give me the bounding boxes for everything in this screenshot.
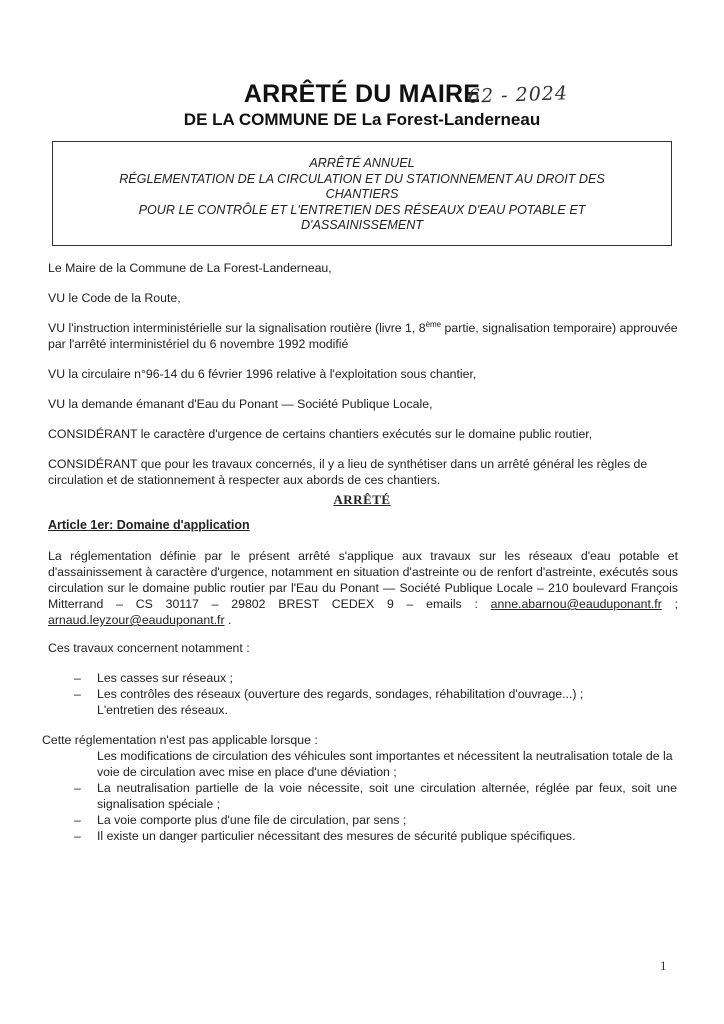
vu-instruction-part-a: VU l'instruction interministérielle sur …: [48, 321, 426, 335]
dash-bullet: –: [74, 812, 84, 828]
vu-code-route: VU le Code de la Route,: [48, 290, 678, 306]
dash-bullet: –: [74, 670, 84, 686]
vu-instruction: VU l'instruction interministérielle sur …: [48, 320, 678, 352]
not-applicable-text: Il existe un danger particulier nécessit…: [97, 828, 677, 844]
dash-bullet: –: [74, 780, 84, 796]
vu-circulaire: VU la circulaire n°96-14 du 6 février 19…: [48, 366, 678, 382]
works-intro: Ces travaux concernent notamment :: [48, 640, 678, 656]
works-item-text: Les casses sur réseaux ;: [97, 670, 677, 686]
email-link-anne[interactable]: anne.abarnou@eauduponant.fr: [491, 597, 662, 611]
document-title: ARRÊTÉ DU MAIRE: [0, 80, 724, 109]
arrete-heading: ARRÊTÉ: [0, 492, 724, 508]
box-line: ARRÊTÉ ANNUEL: [53, 156, 671, 172]
not-applicable-intro: Cette réglementation n'est pas applicabl…: [42, 732, 672, 748]
page-number: 1: [660, 958, 667, 974]
paragraph-end: .: [225, 613, 232, 627]
vu-instruction-part-b: partie, signalisation temporaire) approu…: [441, 321, 678, 335]
box-line: CHANTIERS: [53, 187, 671, 203]
works-item-text: Les contrôles des réseaux (ouverture des…: [97, 686, 677, 702]
box-line: RÉGLEMENTATION DE LA CIRCULATION ET DU S…: [53, 172, 671, 188]
commune-subtitle: DE LA COMMUNE DE La Forest-Landerneau: [0, 110, 724, 130]
vu-instruction-line2: par l'arrêté interministériel du 6 novem…: [48, 337, 348, 351]
decree-subject-box: ARRÊTÉ ANNUEL RÉGLEMENTATION DE LA CIRCU…: [52, 141, 672, 246]
superscript: ème: [426, 320, 442, 329]
box-line: POUR LE CONTRÔLE ET L'ENTRETIEN DES RÉSE…: [53, 203, 671, 219]
article-1-heading: Article 1er: Domaine d'application: [48, 518, 250, 532]
preamble-intro: Le Maire de la Commune de La Forest-Land…: [48, 260, 678, 276]
vu-demande: VU la demande émanant d'Eau du Ponant — …: [48, 396, 678, 412]
not-applicable-text: La neutralisation partielle de la voie n…: [97, 780, 677, 812]
considerant-2: CONSIDÉRANT que pour les travaux concern…: [48, 456, 678, 488]
handwritten-decree-number: 62 - 2024: [468, 82, 569, 107]
title-text: ARRÊTÉ DU MAIRE: [244, 80, 480, 108]
email-link-arnaud[interactable]: arnaud.leyzour@eauduponant.fr: [48, 613, 225, 627]
considerant-1: CONSIDÉRANT le caractère d'urgence de ce…: [48, 426, 678, 442]
dash-bullet: –: [74, 828, 84, 844]
not-applicable-text: La voie comporte plus d'une file de circ…: [97, 812, 677, 828]
dash-bullet: –: [74, 686, 84, 702]
considerant-2-line2: circulation et de stationnement à respec…: [48, 473, 440, 487]
box-line: D'ASSAINISSEMENT: [53, 218, 671, 234]
article-1-paragraph: La réglementation définie par le présent…: [48, 548, 678, 628]
works-item-text: L'entretien des réseaux.: [97, 702, 677, 718]
not-applicable-text: Les modifications de circulation des véh…: [97, 748, 677, 780]
separator: ;: [662, 597, 678, 611]
considerant-2-line1: CONSIDÉRANT que pour les travaux concern…: [48, 457, 647, 471]
